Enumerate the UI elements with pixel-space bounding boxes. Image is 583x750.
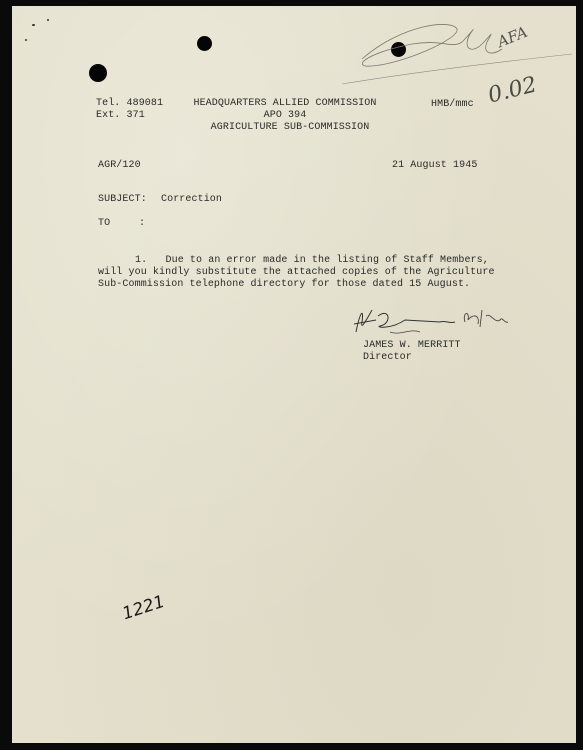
paper-speck — [25, 39, 27, 41]
punch-hole-center — [197, 36, 212, 51]
apo-number: APO 394 — [190, 110, 380, 122]
paper-speck — [47, 19, 49, 21]
signatory-name: JAMES W. MERRITT — [363, 340, 461, 352]
body-line-1: 1. Due to an error made in the listing o… — [135, 255, 489, 267]
to-colon: : — [139, 218, 145, 230]
reference-initials: HMB/mmc — [431, 99, 474, 111]
signature-scribble-icon — [350, 302, 510, 342]
pencil-scribble-icon — [342, 14, 572, 84]
body-line-3: Sub-Commission telephone directory for t… — [98, 279, 470, 291]
organization-name: HEADQUARTERS ALLIED COMMISSION — [190, 98, 380, 110]
extension-number: Ext. 371 — [96, 110, 145, 122]
handwritten-number-bottom: 1221 — [120, 592, 167, 624]
sub-commission-name: AGRICULTURE SUB-COMMISSION — [200, 122, 380, 134]
document-date: 21 August 1945 — [392, 160, 477, 172]
telephone-number: Tel. 489081 — [96, 98, 163, 110]
punch-hole-left — [89, 64, 107, 82]
subject-label: SUBJECT: — [98, 194, 147, 206]
paper-speck — [32, 24, 35, 26]
body-line-2: will you kindly substitute the attached … — [98, 267, 495, 279]
file-reference: AGR/120 — [98, 160, 141, 172]
document-page: AFA 0.02 Tel. 489081 Ext. 371 HEADQUARTE… — [12, 6, 576, 743]
signatory-title: Director — [363, 352, 412, 364]
to-label: TO — [98, 218, 110, 230]
subject-value: Correction — [161, 194, 222, 206]
